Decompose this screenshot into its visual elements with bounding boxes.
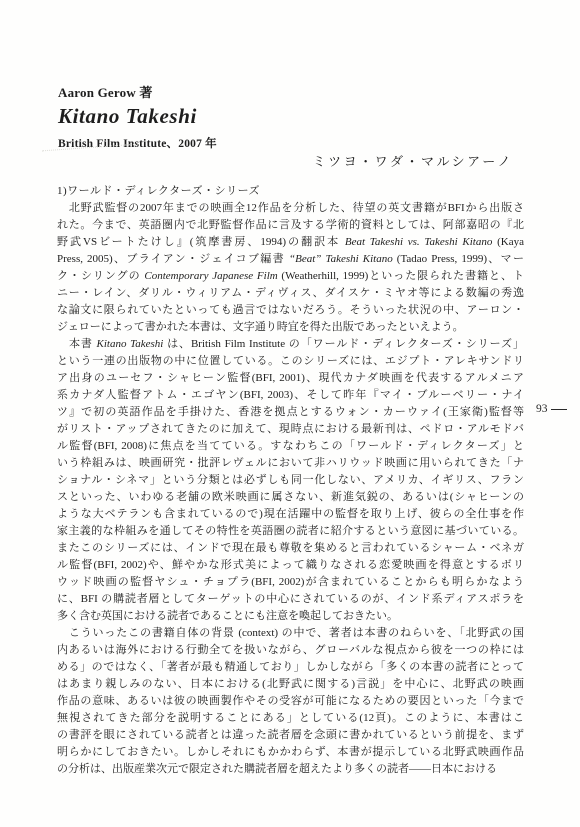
text-line: ニー・レイン、ダリル・ウィリアム・ディヴィス、ダイスケ・ミヤオ等による数編の秀逸 bbox=[57, 285, 524, 302]
text-line: れた。今まで、英語圏内で北野監督作品に言及する学術的資料としては、阿部嘉昭の『北 bbox=[57, 217, 524, 234]
text-line: の分析は、出版産業次元で限定された購読者層を超えたより多くの読者——日本における bbox=[57, 761, 524, 778]
paragraph: 本書 Kitano Takeshi は、British Film Institu… bbox=[57, 336, 524, 625]
book-title: Kitano Takeshi bbox=[58, 104, 217, 129]
text-line: 家主義的な枠組みを通してその特性を英語圏の読者に紹介するという意図に基づいている… bbox=[57, 523, 524, 540]
text-line: の書評を眼にされている読者とは違った読者層を念頭に書かれているという前提を、まず bbox=[57, 727, 524, 744]
review-body: 1)ワールド・ディレクターズ・シリーズ 北野武監督の2007年までの映画全12作… bbox=[57, 183, 524, 778]
text-line: ル監督(BFI, 2002)や、鮮やかな形式美によって織りなされる恋愛映画を得意… bbox=[57, 557, 524, 574]
text-line: スといった、いわゆる老舗の欧米映画に属さない、新進気鋭の、あるいは(シャヒーンの bbox=[57, 489, 524, 506]
text-line: がリスト・アップされてきたのに加えて、現時点における最新刊は、ペドロ・アルモドバ bbox=[57, 421, 524, 438]
paragraph: こういったこの書籍自体の背景 (context) の中で、著者は本書のねらいを、… bbox=[57, 625, 524, 778]
text-line: という一連の出版物の中に位置している。このシリーズには、エジプト・アレキサンドリ bbox=[57, 353, 524, 370]
text-line: いう枠組みは、映画研究・批評レヴェルにおいて非ハリウッド映画に用いられてきた「ナ bbox=[57, 455, 524, 472]
text-line: 本書 Kitano Takeshi は、British Film Institu… bbox=[57, 336, 524, 353]
page-number: 93 bbox=[536, 403, 567, 415]
text-line: またこのシリーズには、インドで現在最も尊敬を集めると言われているシャーム・ベネガ bbox=[57, 540, 524, 557]
text-line: ジェローによって書かれた本書は、文字通り時宜を得た出版であったといえよう。 bbox=[57, 319, 524, 336]
text-line: ショナル・シネマ」という分類とは必ずしも同一化しない、アメリカ、イギリス、フラン bbox=[57, 472, 524, 489]
scanned-book-review-page: Aaron Gerow 著 Kitano Takeshi British Fil… bbox=[0, 0, 580, 827]
page-number-value: 93 bbox=[536, 403, 548, 415]
text-line: 内あるいは海外における行動全てを扱いながら、グローバルな視点から彼を一つの枠には bbox=[57, 642, 524, 659]
text-line: はあまり親しみのない、日本における(北野武に関する)言説」を中心に、北野武の映画 bbox=[57, 676, 524, 693]
text-line: 無視されてきた部分を説明することにある」としている(12頁)。このように、本書は… bbox=[57, 710, 524, 727]
text-line: 北野武監督の2007年までの映画全12作品を分析した、待望の英文書籍がBFIから… bbox=[57, 200, 524, 217]
text-line: こういったこの書籍自体の背景 (context) の中で、著者は本書のねらいを、… bbox=[57, 625, 524, 642]
text-line: ク・シリングの Contemporary Japanese Film (Weat… bbox=[57, 268, 524, 285]
text-line: ような大ベテランも含まれているので)現在活躍中の監督を取り上げ、彼らの全仕事を作 bbox=[57, 506, 524, 523]
text-line: 作品の意味、あるいは彼の映画製作やその受容が可能になるための要因といった「今まで bbox=[57, 693, 524, 710]
page-number-dash bbox=[551, 409, 567, 410]
review-header: Aaron Gerow 著 Kitano Takeshi British Fil… bbox=[58, 82, 217, 151]
text-line: な論文に限られていたといっても過言ではないだろう。そういった状況の中、アーロン・ bbox=[57, 302, 524, 319]
section-heading: 1)ワールド・ディレクターズ・シリーズ bbox=[57, 183, 524, 200]
reviewer-name: ミツヨ・ワダ・マルシアーノ bbox=[313, 151, 513, 170]
text-line: 系カナダ人監督アトム・エゴヤン(BFI, 2003)、そして昨年『マイ・ブルーベ… bbox=[57, 387, 524, 404]
text-line: 野武VSビートたけし』(筑摩書房、1994)の翻訳本 Beat Takeshi … bbox=[57, 234, 524, 251]
text-line: 多く含む英国における読者であることにも注意を喚起しておきたい。 bbox=[57, 608, 524, 625]
text-line: に、BFI の購読者層としてターゲットの中心にされているのが、インド系ディアスポ… bbox=[57, 591, 524, 608]
text-line: ウッド映画の監督ヤシュ・チョプラ(BFI, 2002)が含まれていることからも明… bbox=[57, 574, 524, 591]
text-line: ア出身のユーセフ・シャヒーン監督(BFI, 2001)、現代カナダ映画を代表する… bbox=[57, 370, 524, 387]
text-line: ツ』で初の英語作品を手掛けた、香港を拠点とするウォン・カーウァイ(王家衛)監督等 bbox=[57, 404, 524, 421]
text-line: める」のではなく、「著者が最も精通しており」しかしながら「多くの本書の読者にとっ… bbox=[57, 659, 524, 676]
author-line: Aaron Gerow 著 bbox=[58, 82, 217, 101]
text-line: Press, 2005)、ブライアン・ジェイコブ編書 “Beat” Takesh… bbox=[57, 251, 524, 268]
text-line: ル監督(BFI, 2008)に焦点を当てている。すなわちこの「ワールド・ディレク… bbox=[57, 438, 524, 455]
paragraph: 北野武監督の2007年までの映画全12作品を分析した、待望の英文書籍がBFIから… bbox=[57, 200, 524, 336]
text-line: 明らかにしておきたい。しかしそれにもかかわらず、本書が提示している北野武映画作品 bbox=[57, 744, 524, 761]
